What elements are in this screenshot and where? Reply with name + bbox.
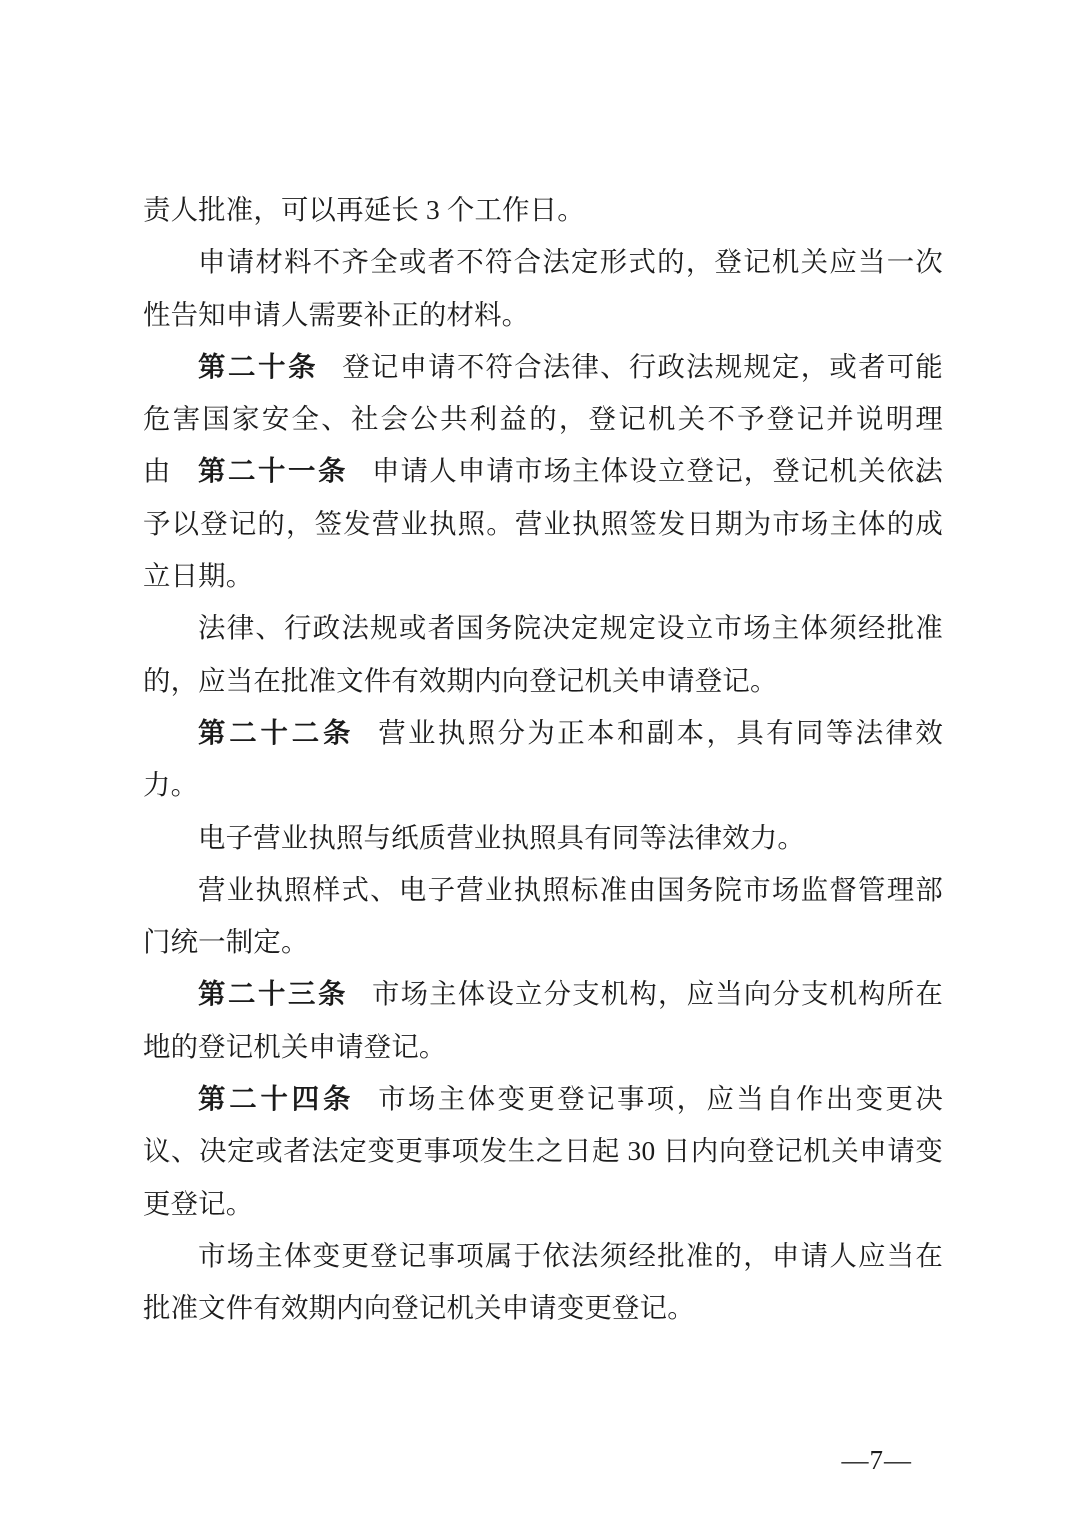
line-text: 的，应当在批准文件有效期内向登记机关申请登记。 xyxy=(143,666,778,696)
line-text: 登记申请不符合法律、行政法规规定，或者可能 xyxy=(342,352,943,382)
line-text: 立日期。 xyxy=(143,561,253,591)
text-line: 立日期。 xyxy=(143,550,943,602)
document-page: 责人批准，可以再延长 3 个工作日。申请材料不齐全或者不符合法定形式的，登记机关… xyxy=(0,0,1074,1520)
text-line: 第二十四条市场主体变更登记事项，应当自作出变更决 xyxy=(143,1073,943,1125)
text-line: 申请材料不齐全或者不符合法定形式的，登记机关应当一次 xyxy=(143,236,943,288)
text-line: 予以登记的，签发营业执照。营业执照签发日期为市场主体的成 xyxy=(143,498,943,550)
document-body: 责人批准，可以再延长 3 个工作日。申请材料不齐全或者不符合法定形式的，登记机关… xyxy=(143,184,943,1335)
line-text: 更登记。 xyxy=(143,1189,253,1219)
line-text: 议、决定或者法定变更事项发生之日起 30 日内向登记机关申请变 xyxy=(143,1136,943,1166)
line-text: 门统一制定。 xyxy=(143,927,309,957)
page-number: —7— xyxy=(842,1444,913,1476)
text-line: 力。 xyxy=(143,759,943,811)
line-text: 电子营业执照与纸质营业执照具有同等法律效力。 xyxy=(198,823,805,853)
text-line: 门统一制定。 xyxy=(143,916,943,968)
text-line: 更登记。 xyxy=(143,1178,943,1230)
article-number: 第二十条 xyxy=(198,351,318,382)
line-text: 性告知申请人需要补正的材料。 xyxy=(143,300,529,330)
text-line: 营业执照样式、电子营业执照标准由国务院市场监督管理部 xyxy=(143,864,943,916)
text-line: 法律、行政法规或者国务院决定规定设立市场主体须经批准 xyxy=(143,602,943,654)
line-text: 营业执照样式、电子营业执照标准由国务院市场监督管理部 xyxy=(198,875,943,905)
text-line: 第二十条登记申请不符合法律、行政法规规定，或者可能 xyxy=(143,341,943,393)
text-line: 批准文件有效期内向登记机关申请变更登记。 xyxy=(143,1282,943,1334)
line-text: 批准文件有效期内向登记机关申请变更登记。 xyxy=(143,1293,695,1323)
text-line: 性告知申请人需要补正的材料。 xyxy=(143,289,943,341)
line-text: 地的登记机关申请登记。 xyxy=(143,1032,447,1062)
line-text: 力。 xyxy=(143,770,198,800)
text-line: 第二十一条申请人申请市场主体设立登记，登记机关依法 xyxy=(143,445,943,497)
article-number: 第二十四条 xyxy=(198,1083,354,1114)
text-line: 危害国家安全、社会公共利益的，登记机关不予登记并说明理由。 xyxy=(143,393,943,445)
text-line: 电子营业执照与纸质营业执照具有同等法律效力。 xyxy=(143,812,943,864)
line-text: 予以登记的，签发营业执照。营业执照签发日期为市场主体的成 xyxy=(143,509,943,539)
text-line: 地的登记机关申请登记。 xyxy=(143,1021,943,1073)
article-number: 第二十二条 xyxy=(198,717,354,748)
line-text: 法律、行政法规或者国务院决定规定设立市场主体须经批准 xyxy=(198,613,943,643)
article-number: 第二十三条 xyxy=(198,978,348,1009)
text-line: 第二十三条市场主体设立分支机构，应当向分支机构所在 xyxy=(143,968,943,1020)
line-text: 申请人申请市场主体设立登记，登记机关依法 xyxy=(372,456,943,486)
article-number: 第二十一条 xyxy=(198,455,348,486)
line-text: 市场主体设立分支机构，应当向分支机构所在 xyxy=(372,979,943,1009)
line-text: 市场主体变更登记事项属于依法须经批准的，申请人应当在 xyxy=(198,1241,943,1271)
line-text: 营业执照分为正本和副本，具有同等法律效 xyxy=(378,718,943,748)
line-text: 申请材料不齐全或者不符合法定形式的，登记机关应当一次 xyxy=(198,247,943,277)
text-line: 责人批准，可以再延长 3 个工作日。 xyxy=(143,184,943,236)
text-line: 议、决定或者法定变更事项发生之日起 30 日内向登记机关申请变 xyxy=(143,1125,943,1177)
text-line: 市场主体变更登记事项属于依法须经批准的，申请人应当在 xyxy=(143,1230,943,1282)
text-line: 第二十二条营业执照分为正本和副本，具有同等法律效 xyxy=(143,707,943,759)
line-text: 市场主体变更登记事项，应当自作出变更决 xyxy=(378,1084,943,1114)
line-text: 责人批准，可以再延长 3 个工作日。 xyxy=(143,195,585,225)
text-line: 的，应当在批准文件有效期内向登记机关申请登记。 xyxy=(143,655,943,707)
